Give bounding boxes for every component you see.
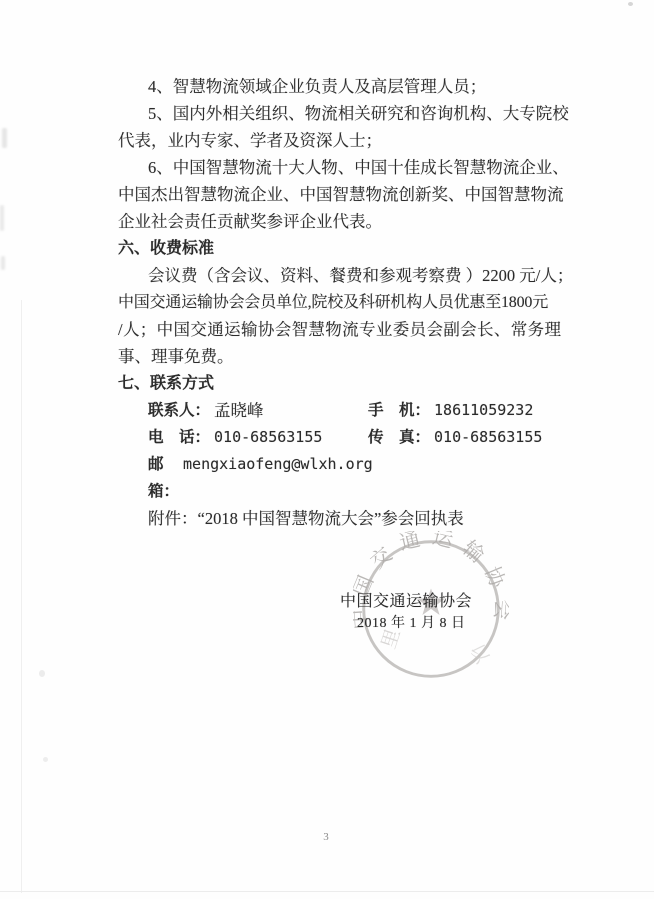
contact-row: 联系人： 孟晓峰 手 机： 18611059232	[118, 397, 561, 424]
body-line: 企业社会责任贡献奖参评企业代表。	[118, 208, 561, 235]
contact-label: 手 机：	[368, 397, 430, 424]
contact-row: 邮 箱： mengxiaofeng@wlxh.org	[118, 451, 561, 478]
document-body: 4、智慧物流领域企业负责人及高层管理人员； 5、国内外相关组织、物流相关研究和咨…	[118, 73, 561, 532]
body-line: 6、中国智慧物流十大人物、中国十佳成长智慧物流企业、	[118, 154, 561, 181]
contact-row: 电 话： 010-68563155 传 真： 010-68563155	[118, 424, 561, 451]
page-number: 3	[316, 831, 336, 843]
scan-edge-line-horizontal	[0, 891, 654, 892]
contact-value: 010-68563155	[434, 424, 542, 451]
contact-value: mengxiaofeng@wlxh.org	[183, 451, 373, 478]
contact-label: 邮 箱：	[148, 451, 179, 478]
body-line: 代表，业内专家、学者及资深人士；	[118, 127, 561, 154]
body-line: 会议费（含会议、资料、餐费和参观考察费 ）2200 元/人；	[118, 262, 561, 289]
contact-label: 传 真：	[368, 424, 430, 451]
body-line: /人；中国交通运输协会智慧物流专业委员会副会长、常务理	[118, 316, 561, 343]
body-line: 中国杰出智慧物流企业、中国智慧物流创新奖、中国智慧物流	[118, 181, 561, 208]
contact-value: 010-68563155	[214, 424, 322, 451]
scanned-document-page: 4、智慧物流领域企业负责人及高层管理人员； 5、国内外相关组织、物流相关研究和咨…	[0, 0, 654, 899]
scan-speck	[2, 128, 7, 148]
body-line: 事、理事免费。	[118, 343, 561, 370]
section-heading-contact: 七、联系方式	[118, 370, 561, 397]
scan-speck	[0, 205, 4, 231]
scan-speck	[43, 757, 48, 762]
scan-speck	[628, 2, 633, 6]
body-line: 4、智慧物流领域企业负责人及高层管理人员；	[118, 73, 561, 100]
contact-label: 电 话：	[148, 424, 210, 451]
body-line: 5、国内外相关组织、物流相关研究和咨询机构、大专院校	[118, 100, 561, 127]
attachment-line: 附件：“2018 中国智慧物流大会”参会回执表	[118, 505, 561, 532]
section-heading-fees: 六、收费标准	[118, 235, 561, 262]
contact-value: 18611059232	[434, 397, 533, 424]
signature-date: 2018 年 1 月 8 日	[357, 612, 466, 632]
scan-edge-line-vertical	[21, 300, 22, 893]
body-line: 中国交通运输协会会员单位,院校及科研机构人员优惠至1800元	[118, 289, 561, 316]
contact-label: 联系人：	[148, 397, 210, 424]
contact-value: 孟晓峰	[214, 397, 264, 424]
scan-speck	[1, 256, 5, 270]
scan-speck	[39, 670, 45, 677]
signature-organization: 中国交通运输协会	[340, 588, 472, 611]
